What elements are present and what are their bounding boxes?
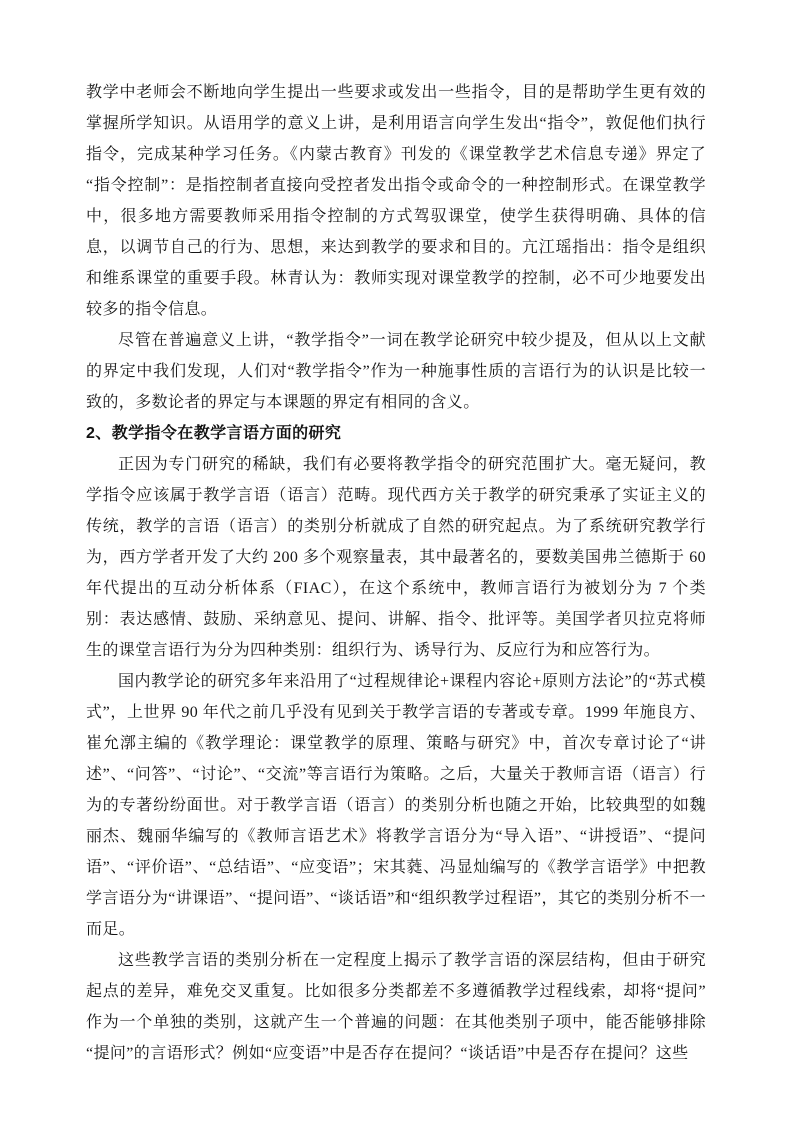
paragraph-domestic-research: 国内教学论的研究多年来沿用了“过程规律论+课程内容论+原则方法论”的“苏式模式”… <box>86 666 706 945</box>
paragraph-instruction-definition: 教学中老师会不断地向学生提出一些要求或发出一些指令，目的是帮助学生更有效的掌握所… <box>86 77 706 325</box>
document-page: 教学中老师会不断地向学生提出一些要求或发出一些指令，目的是帮助学生更有效的掌握所… <box>0 0 793 1122</box>
paragraph-category-analysis-critique: 这些教学言语的类别分析在一定程度上揭示了教学言语的深层结构，但由于研究起点的差异… <box>86 945 706 1069</box>
paragraph-western-research: 正因为专门研究的稀缺，我们有必要将教学指令的研究范围扩大。毫无疑问，教学指令应该… <box>86 449 706 666</box>
section-heading-teaching-speech-research: 2、教学指令在教学言语方面的研究 <box>86 418 706 449</box>
text-column: 教学中老师会不断地向学生提出一些要求或发出一些指令，目的是帮助学生更有效的掌握所… <box>86 77 706 1069</box>
paragraph-literature-consensus: 尽管在普遍意义上讲，“教学指令”一词在教学论研究中较少提及，但从以上文献的界定中… <box>86 325 706 418</box>
